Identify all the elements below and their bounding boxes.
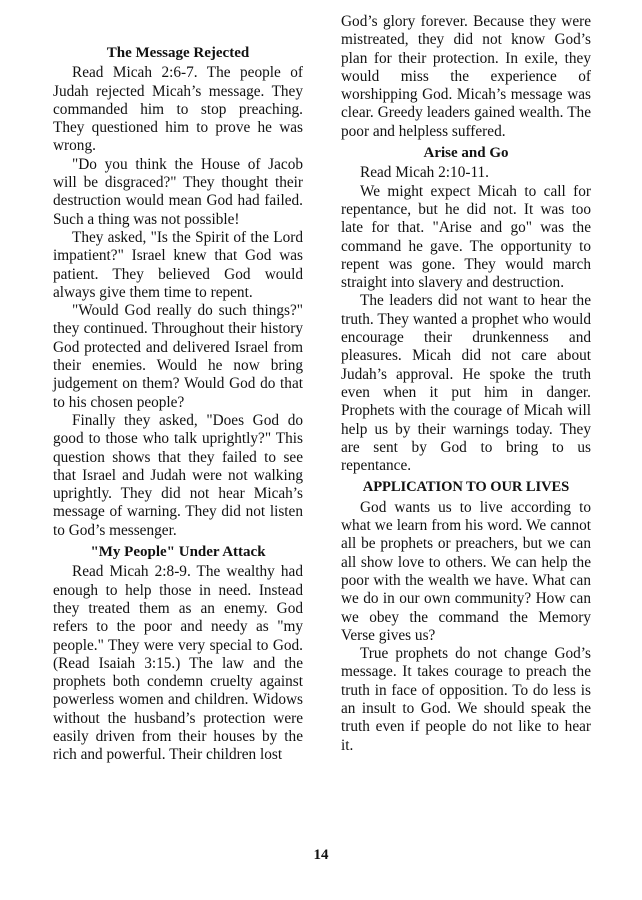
- page-number: 14: [0, 847, 642, 864]
- paragraph: Read Micah 2:6-7. The people of Judah re…: [53, 64, 303, 155]
- section-heading-application: APPLICATION TO OUR LIVES: [341, 478, 591, 496]
- paragraph: We might expect Micah to call for repent…: [341, 183, 591, 293]
- paragraph-continued: God’s glory forever. Because they were m…: [341, 13, 591, 141]
- right-column: God’s glory forever. Because they were m…: [341, 13, 591, 755]
- paragraph: Read Micah 2:8-9. The wealthy had enough…: [53, 563, 303, 764]
- section-heading-my-people: "My People" Under Attack: [53, 543, 303, 561]
- section-heading-message-rejected: The Message Rejected: [53, 44, 303, 62]
- section-heading-arise-and-go: Arise and Go: [341, 144, 591, 162]
- paragraph: The leaders did not want to hear the tru…: [341, 292, 591, 475]
- paragraph: God wants us to live according to what w…: [341, 499, 591, 645]
- paragraph: "Would God really do such things?" they …: [53, 302, 303, 412]
- paragraph: True prophets do not change God’s messag…: [341, 645, 591, 755]
- left-column: The Message Rejected Read Micah 2:6-7. T…: [53, 41, 303, 765]
- paragraph: "Do you think the House of Jacob will be…: [53, 156, 303, 229]
- paragraph: They asked, "Is the Spirit of the Lord i…: [53, 229, 303, 302]
- paragraph: Finally they asked, "Does God do good to…: [53, 412, 303, 540]
- paragraph: Read Micah 2:10-11.: [341, 164, 591, 182]
